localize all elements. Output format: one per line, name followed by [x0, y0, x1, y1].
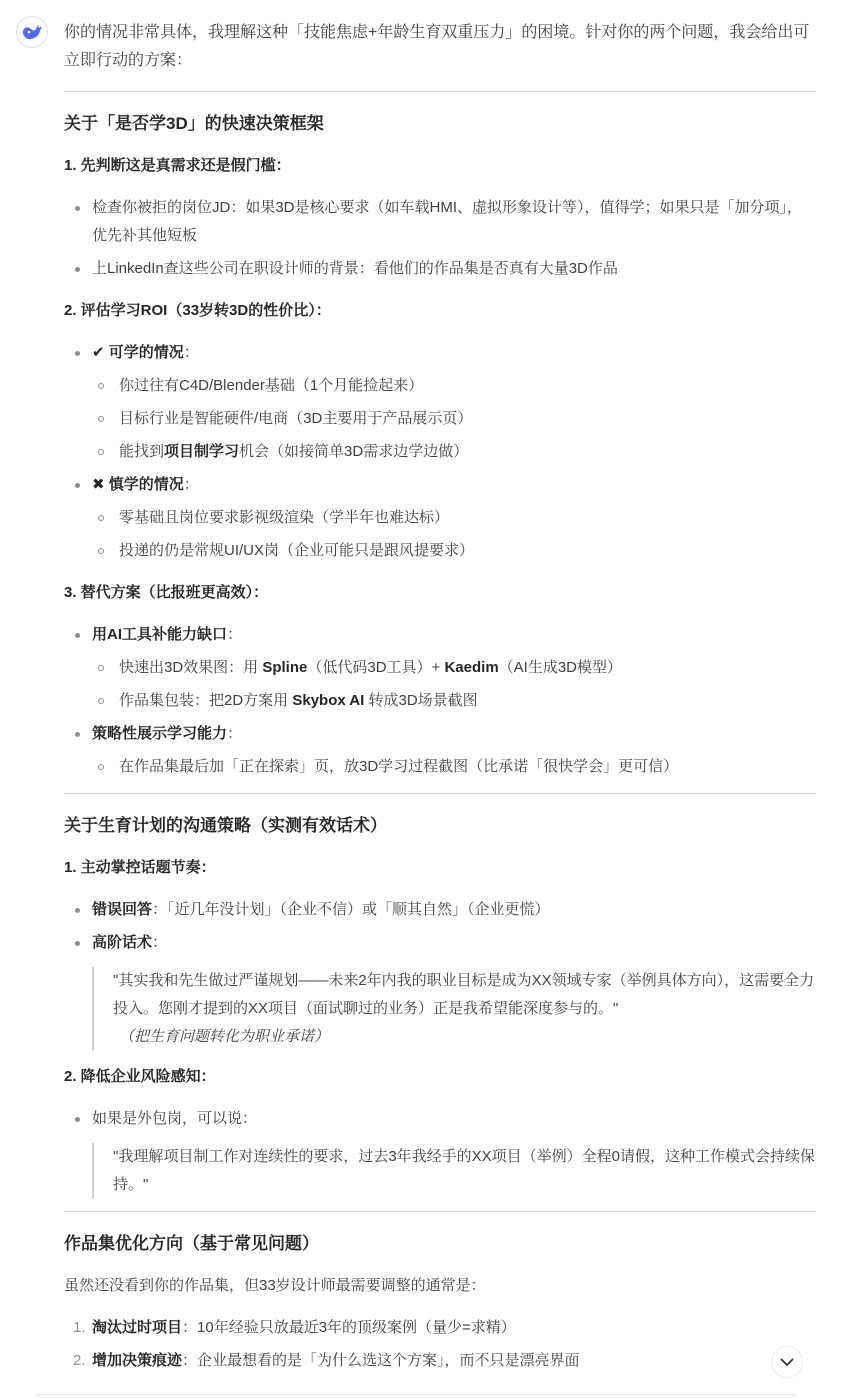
list-item-show-learning: 策略性展示学习能力： 在作品集最后加「正在探索」页，放3D学习过程截图（比承诺「…: [64, 720, 816, 781]
quote-text: "其实我和先生做过严谨规划——未来2年内我的职业目标是成为XX领域专家（举例具体…: [113, 967, 816, 1023]
list-item: 2.增加决策痕迹：企业最想看的是「为什么选这个方案」，而不只是漂亮界面: [64, 1347, 816, 1375]
item-number: 1.: [73, 1314, 86, 1342]
list-item-wrong-answer: 错误回答：「近几年没计划」（企业不信）或「顺其自然」（企业更慌）: [64, 896, 816, 924]
bold-text: 项目制学习: [164, 443, 239, 460]
item-number: 2.: [73, 1347, 86, 1375]
label: 慎学的情况: [109, 476, 184, 493]
sublist: 在作品集最后加「正在探索」页，放3D学习过程截图（比承诺「很快学会」更可信）: [92, 753, 816, 781]
tool-name: Kaedim: [444, 659, 498, 676]
text: 快速出3D效果图：用: [119, 659, 262, 676]
list-item: 你过往有C4D/Blender基础（1个月能捡起来）: [92, 372, 816, 400]
list-real-need: 检查你被拒的岗位JD：如果3D是核心要求（如车载HMI、虚拟形象设计等），值得学…: [64, 194, 816, 283]
scroll-to-bottom-button[interactable]: [771, 1346, 803, 1378]
divider: [64, 91, 816, 92]
input-area-edge: [36, 1394, 796, 1398]
deepseek-whale-icon: [21, 23, 43, 41]
text: 作品集包装：把2D方案用: [119, 692, 292, 709]
assistant-avatar: [16, 16, 48, 48]
check-icon: ✔: [92, 344, 105, 361]
list-item: 作品集包装：把2D方案用 Skybox AI 转成3D场景截图: [92, 687, 816, 715]
list-item-advanced-script: 高阶话术：: [64, 929, 816, 957]
list-item-careful: ✖ 慎学的情况： 零基础且岗位要求影视级渲染（学半年也难达标） 投递的仍是常规U…: [64, 471, 816, 565]
cross-icon: ✖: [92, 476, 105, 493]
text: （低代码3D工具）+: [307, 659, 444, 676]
list-item: 能找到项目制学习机会（如接简单3D需求边学边做）: [92, 438, 816, 466]
list-item: 快速出3D效果图：用 Spline（低代码3D工具）+ Kaedim（AI生成3…: [92, 654, 816, 682]
label: 增加决策痕迹: [92, 1352, 182, 1369]
colon: ：: [227, 725, 242, 742]
label: 错误回答: [92, 901, 152, 918]
subheading-alternatives: 3. 替代方案（比报班更高效）：: [64, 579, 816, 607]
blockquote-script: "其实我和先生做过严谨规划——未来2年内我的职业目标是成为XX领域专家（举例具体…: [92, 967, 816, 1051]
list-item: 上LinkedIn查这些公司在职设计师的背景：看他们的作品集是否真有大量3D作品: [64, 255, 816, 283]
list-item: 如果是外包岗，可以说：: [64, 1105, 816, 1133]
section-title-3d: 关于「是否学3D」的快速决策框架: [64, 110, 816, 138]
list-item: 投递的仍是常规UI/UX岗（企业可能只是跟风提要求）: [92, 537, 816, 565]
list-item: 1.淘汰过时项目：10年经验只放最近3年的顶级案例（量少=求精）: [64, 1314, 816, 1342]
colon: ：: [184, 476, 199, 493]
subheading-real-need: 1. 先判断这是真需求还是假门槛：: [64, 152, 816, 180]
divider: [64, 793, 816, 794]
label: 策略性展示学习能力: [92, 725, 227, 742]
quote-text: "我理解项目制工作对连续性的要求，过去3年我经手的XX项目（举例）全程0请假，这…: [113, 1143, 816, 1199]
text: ：企业最想看的是「为什么选这个方案」，而不只是漂亮界面: [182, 1352, 580, 1369]
label: 淘汰过时项目: [92, 1319, 182, 1336]
subheading-topic-control: 1. 主动掌控话题节奏：: [64, 854, 816, 882]
section-title-portfolio: 作品集优化方向（基于常见问题）: [64, 1230, 816, 1258]
list-roi: ✔ 可学的情况： 你过往有C4D/Blender基础（1个月能捡起来） 目标行业…: [64, 339, 816, 565]
list-item: 零基础且岗位要求影视级渲染（学半年也难达标）: [92, 504, 816, 532]
sublist: 零基础且岗位要求影视级渲染（学半年也难达标） 投递的仍是常规UI/UX岗（企业可…: [92, 504, 816, 565]
portfolio-intro: 虽然还没看到你的作品集，但33岁设计师最需要调整的通常是：: [64, 1272, 816, 1300]
sublist: 快速出3D效果图：用 Spline（低代码3D工具）+ Kaedim（AI生成3…: [92, 654, 816, 715]
blockquote-outsourcing: "我理解项目制工作对连续性的要求，过去3年我经手的XX项目（举例）全程0请假，这…: [92, 1143, 816, 1199]
list-portfolio: 1.淘汰过时项目：10年经验只放最近3年的顶级案例（量少=求精） 2.增加决策痕…: [64, 1314, 816, 1375]
label: 用AI工具补能力缺口: [92, 626, 227, 643]
text: 机会（如接简单3D需求边学边做）: [239, 443, 468, 460]
divider: [64, 1211, 816, 1212]
list-reduce-risk: 如果是外包岗，可以说：: [64, 1105, 816, 1133]
subheading-roi: 2. 评估学习ROI（33岁转3D的性价比）：: [64, 297, 816, 325]
tool-name: Spline: [262, 659, 307, 676]
list-item: 在作品集最后加「正在探索」页，放3D学习过程截图（比承诺「很快学会」更可信）: [92, 753, 816, 781]
text: ：10年经验只放最近3年的顶级案例（量少=求精）: [182, 1319, 516, 1336]
text: 转成3D场景截图: [364, 692, 477, 709]
colon: ：: [227, 626, 242, 643]
quote-note: （把生育问题转化为职业承诺）: [113, 1023, 816, 1051]
tool-name: Skybox AI: [292, 692, 364, 709]
section-title-fertility: 关于生育计划的沟通策略（实测有效话术）: [64, 812, 816, 840]
chevron-down-icon: [780, 1358, 794, 1367]
assistant-message: 你的情况非常具体，我理解这种「技能焦虑+年龄生育双重压力」的困境。针对你的两个问…: [64, 19, 816, 1380]
list-topic-control: 错误回答：「近几年没计划」（企业不信）或「顺其自然」（企业更慌） 高阶话术：: [64, 896, 816, 957]
colon: ：: [152, 934, 167, 951]
label: 高阶话术: [92, 934, 152, 951]
subheading-reduce-risk: 2. 降低企业风险感知：: [64, 1063, 816, 1091]
text: （AI生成3D模型）: [499, 659, 622, 676]
label: 可学的情况: [109, 344, 184, 361]
intro-paragraph: 你的情况非常具体，我理解这种「技能焦虑+年龄生育双重压力」的困境。针对你的两个问…: [64, 19, 816, 75]
list-item-can-learn: ✔ 可学的情况： 你过往有C4D/Blender基础（1个月能捡起来） 目标行业…: [64, 339, 816, 466]
colon: ：: [184, 344, 199, 361]
list-item-ai-tools: 用AI工具补能力缺口： 快速出3D效果图：用 Spline（低代码3D工具）+ …: [64, 621, 816, 715]
list-alternatives: 用AI工具补能力缺口： 快速出3D效果图：用 Spline（低代码3D工具）+ …: [64, 621, 816, 781]
list-item: 检查你被拒的岗位JD：如果3D是核心要求（如车载HMI、虚拟形象设计等），值得学…: [64, 194, 816, 250]
text: 能找到: [119, 443, 164, 460]
sublist: 你过往有C4D/Blender基础（1个月能捡起来） 目标行业是智能硬件/电商（…: [92, 372, 816, 466]
text: ：「近几年没计划」（企业不信）或「顺其自然」（企业更慌）: [152, 901, 550, 918]
list-item: 目标行业是智能硬件/电商（3D主要用于产品展示页）: [92, 405, 816, 433]
